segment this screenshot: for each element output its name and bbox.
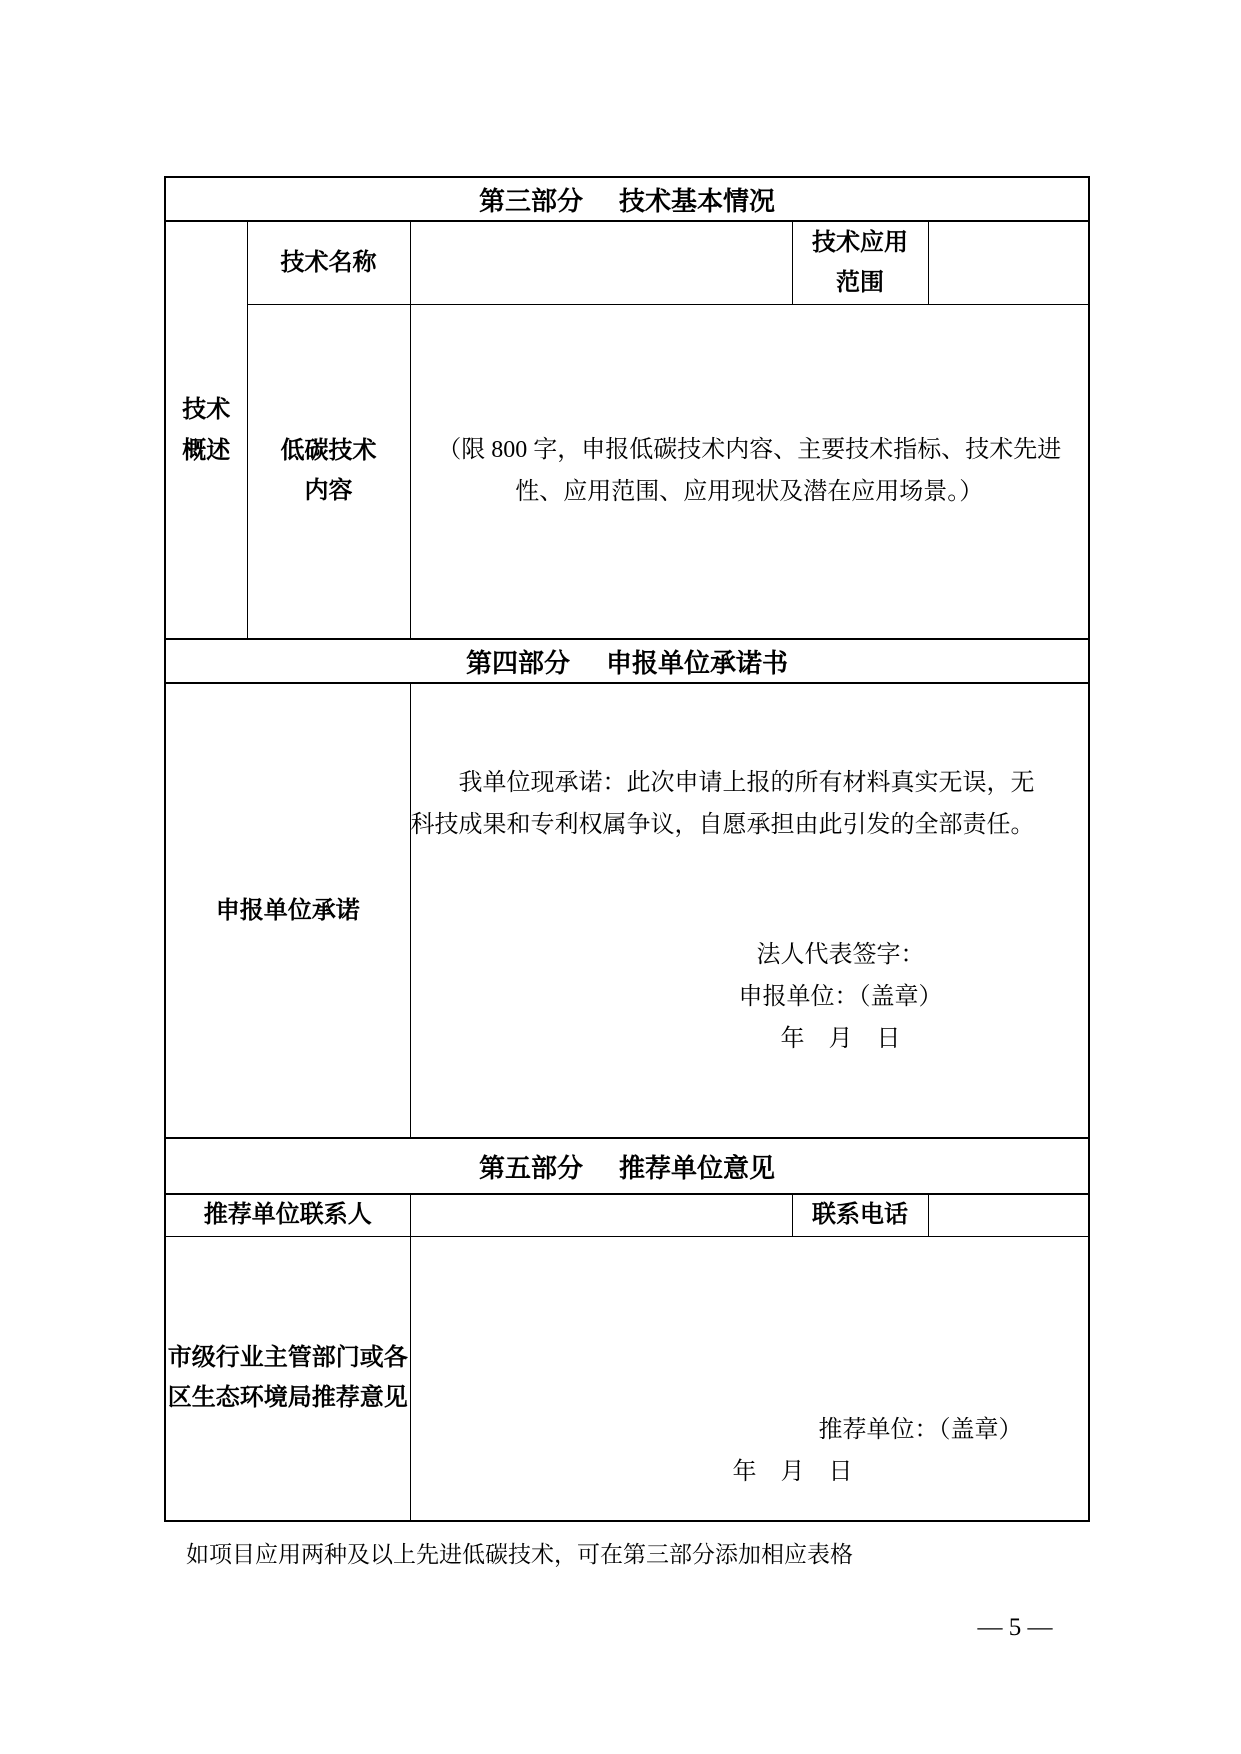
part3-header-row: 第三部分技术基本情况 — [165, 177, 1089, 221]
commitment-statement-line1: 我单位现承诺：此次申请上报的所有材料真实无误，无 — [411, 762, 1089, 804]
recommender-contact-label: 推荐单位联系人 — [166, 1195, 410, 1235]
signature-block: 法人代表签字： 申报单位：（盖章） 年 月 日 — [706, 934, 976, 1060]
application-scope-label-cell: 技术应用 范围 — [792, 221, 928, 304]
recommendation-opinion-row: 市级行业主管部门或各 区生态环境局推荐意见 推荐单位：（盖章） 年 月 日 — [165, 1236, 1089, 1521]
tech-name-label: 技术名称 — [248, 243, 410, 283]
recommendation-opinion-content-cell: 推荐单位：（盖章） 年 月 日 — [410, 1236, 1089, 1521]
tech-overview-label-cell: 技术 概述 — [165, 221, 247, 639]
tech-overview-label-line1: 技术 — [166, 389, 247, 430]
commitment-content-cell: 我单位现承诺：此次申请上报的所有材料真实无误，无 科技成果和专利权属争议，自愿承… — [410, 683, 1089, 1138]
tech-content-label-cell: 低碳技术 内容 — [247, 304, 410, 639]
contact-phone-label: 联系电话 — [793, 1195, 928, 1235]
footnote: 如项目应用两种及以上先进低碳技术，可在第三部分添加相应表格 — [186, 1541, 853, 1569]
part3-section-label: 第三部分 — [479, 186, 583, 216]
recommending-unit-seal-line: 推荐单位：（盖章） — [801, 1409, 1041, 1451]
part5-header: 第五部分推荐单位意见 — [165, 1138, 1089, 1194]
part4-section-title: 申报单位承诺书 — [606, 648, 788, 678]
tech-content-value-cell: （限 800 字，申报低碳技术内容、主要技术指标、技术先进 性、应用范围、应用现… — [410, 304, 1089, 639]
part4-header-row: 第四部分申报单位承诺书 — [165, 639, 1089, 683]
application-scope-label-line1: 技术应用 — [793, 223, 928, 263]
part4-header: 第四部分申报单位承诺书 — [165, 639, 1089, 683]
part5-section-label: 第五部分 — [479, 1153, 583, 1183]
declaring-unit-seal-line: 申报单位：（盖章） — [706, 976, 976, 1018]
commitment-row: 申报单位承诺 我单位现承诺：此次申请上报的所有材料真实无误，无 科技成果和专利权… — [165, 683, 1089, 1138]
part3-section-title: 技术基本情况 — [619, 186, 775, 216]
recommender-contact-value-cell — [410, 1194, 792, 1236]
part5-header-row: 第五部分推荐单位意见 — [165, 1138, 1089, 1194]
recommendation-opinion-label-line2: 区生态环境局推荐意见 — [166, 1378, 410, 1418]
contact-phone-label-cell: 联系电话 — [792, 1194, 928, 1236]
tech-name-value-cell — [410, 221, 792, 304]
part3-header: 第三部分技术基本情况 — [165, 177, 1089, 221]
recommender-contact-label-cell: 推荐单位联系人 — [165, 1194, 410, 1236]
part5-section-title: 推荐单位意见 — [619, 1153, 775, 1183]
tech-content-label-line2: 内容 — [248, 471, 410, 511]
part4-section-label: 第四部分 — [466, 648, 570, 678]
commitment-label-cell: 申报单位承诺 — [165, 683, 410, 1138]
page-number: — 5 — — [930, 1614, 1100, 1642]
application-scope-value-cell — [928, 221, 1089, 304]
tech-content-hint-line2: 性、应用范围、应用现状及潜在应用场景。） — [411, 471, 1089, 513]
recommendation-opinion-label-cell: 市级行业主管部门或各 区生态环境局推荐意见 — [165, 1236, 410, 1521]
tech-name-label-cell: 技术名称 — [247, 221, 410, 304]
recommender-contact-row: 推荐单位联系人 联系电话 — [165, 1194, 1089, 1236]
application-scope-label-line2: 范围 — [793, 263, 928, 303]
commitment-date-line: 年 月 日 — [706, 1018, 976, 1060]
commitment-label: 申报单位承诺 — [166, 891, 410, 931]
recommendation-opinion-label-line1: 市级行业主管部门或各 — [166, 1338, 410, 1378]
tech-content-hint-line1: （限 800 字，申报低碳技术内容、主要技术指标、技术先进 — [411, 429, 1089, 471]
contact-phone-value-cell — [928, 1194, 1089, 1236]
recommendation-date-line: 年 月 日 — [673, 1451, 913, 1493]
tech-name-row: 技术 概述 技术名称 技术应用 范围 — [165, 221, 1089, 304]
commitment-statement-line2: 科技成果和专利权属争议，自愿承担由此引发的全部责任。 — [411, 804, 1089, 846]
application-form-table: 第三部分技术基本情况 技术 概述 技术名称 技术应用 范围 低碳技术 内容 （限… — [164, 176, 1090, 1522]
tech-overview-label-line2: 概述 — [166, 430, 247, 471]
tech-content-row: 低碳技术 内容 （限 800 字，申报低碳技术内容、主要技术指标、技术先进 性、… — [165, 304, 1089, 639]
tech-content-label-line1: 低碳技术 — [248, 431, 410, 471]
legal-representative-signature-line: 法人代表签字： — [706, 934, 976, 976]
